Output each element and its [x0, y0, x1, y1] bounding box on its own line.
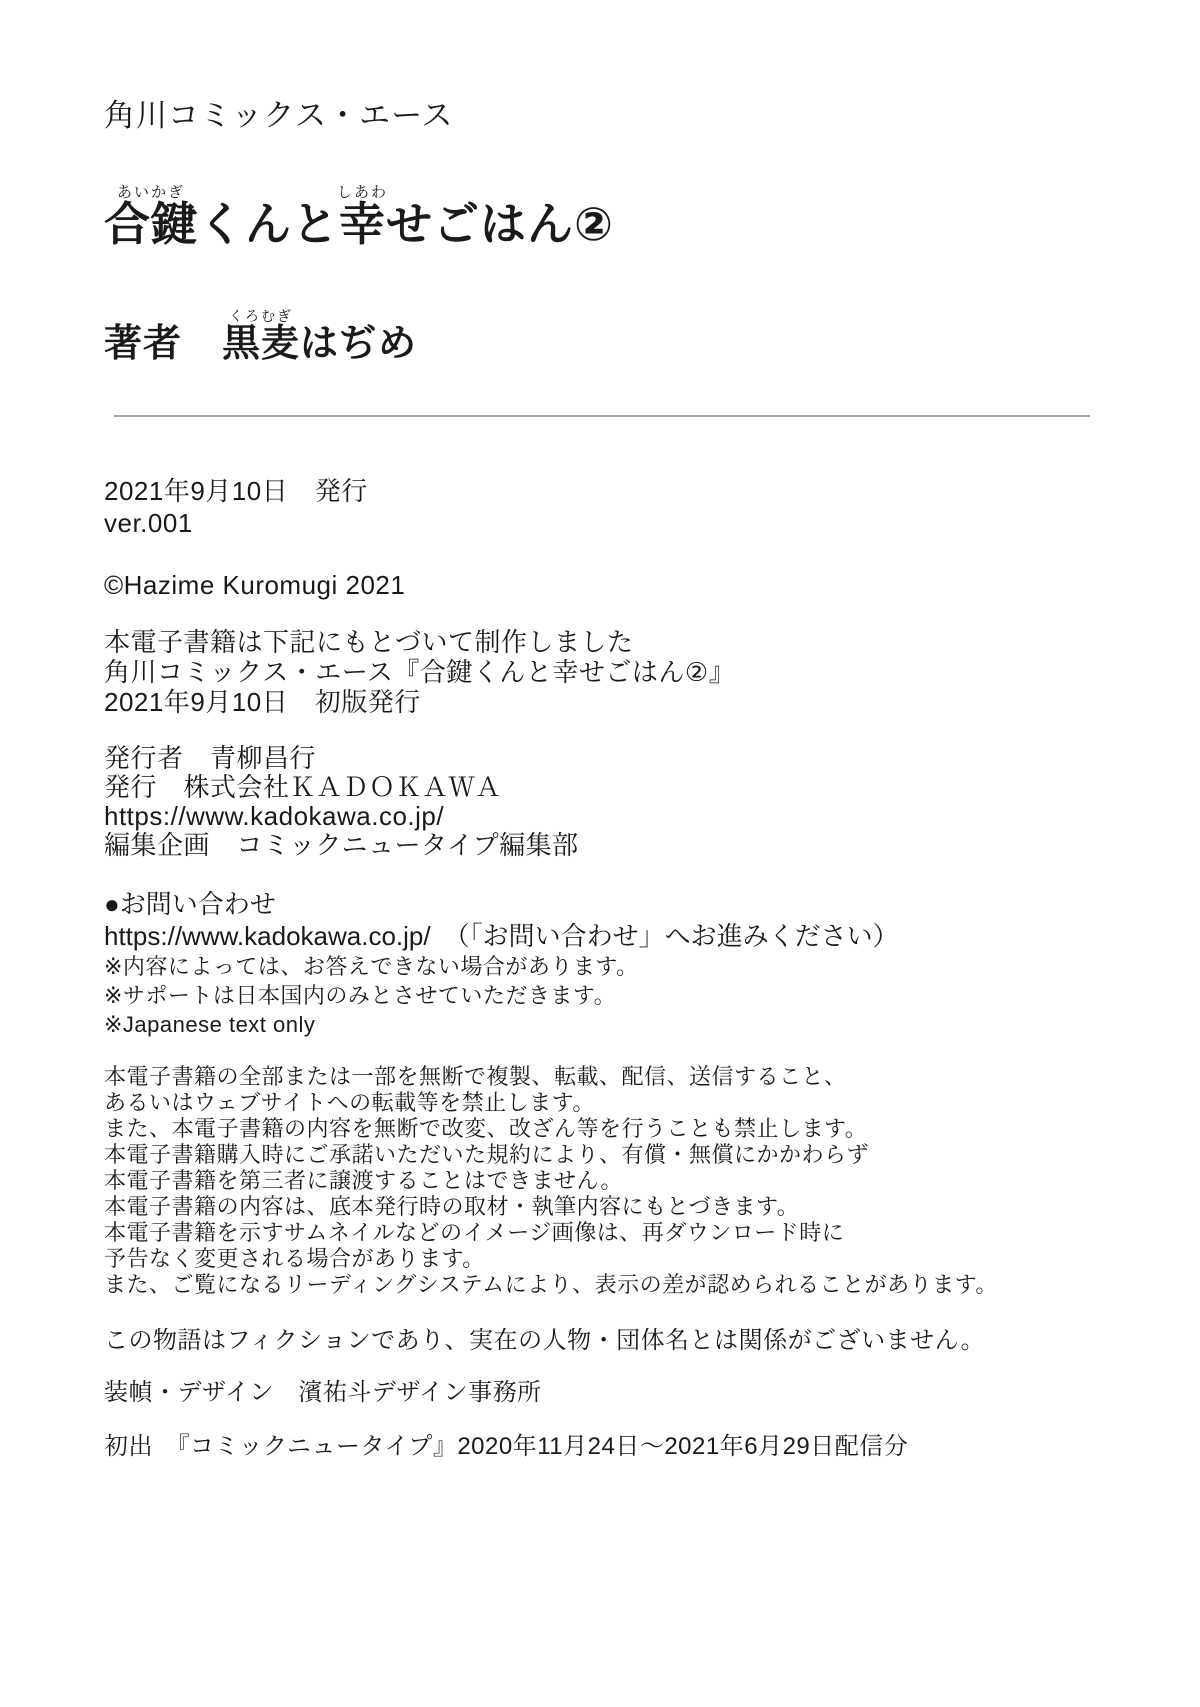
contact-heading: ●お問い合わせ	[104, 888, 1140, 920]
legal-line: 本電子書籍の内容は、底本発行時の取材・執筆内容にもとづきます。	[104, 1194, 1140, 1220]
legal-line: また、ご覧になるリーディングシステムにより、表示の差が認められることがあります。	[104, 1272, 1140, 1298]
author-furigana: くろむぎ	[222, 308, 300, 324]
first-publication: 初出 『コミックニュータイプ』2020年11月24日～2021年6月29日配信分	[104, 1432, 1140, 1462]
title-mid: くんと	[198, 198, 339, 250]
first-edition-line: 2021年9月10日 初版発行	[104, 687, 1140, 717]
legal-line: 本電子書籍を第三者に譲渡することはできません。	[104, 1168, 1140, 1194]
title-base-shiawa: 幸	[337, 198, 388, 250]
contact-url-link[interactable]: https://www.kadokawa.co.jp/ （「お問い合わせ」へお進…	[104, 921, 899, 951]
copyright-block: ©Hazime Kuromugi 2021	[104, 569, 1140, 601]
legal-line: 本電子書籍を示すサムネイルなどのイメージ画像は、再ダウンロード時に	[104, 1220, 1140, 1246]
section-divider	[114, 415, 1090, 417]
fiction-disclaimer: この物語はフィクションであり、実在の人物・団体名とは関係がございません。	[104, 1326, 1140, 1356]
title-ruby-shiawa: 幸しあわ	[339, 198, 386, 250]
contact-note: ※Japanese text only	[104, 1010, 1140, 1039]
legal-notice-block: 本電子書籍の全部または一部を無断で複製、転載、配信、送信すること、 あるいはウェ…	[104, 1064, 1140, 1298]
edition-info: 2021年9月10日 発行 ver.001	[104, 475, 1140, 539]
kadokawa-url-link[interactable]: https://www.kadokawa.co.jp/	[104, 801, 444, 831]
first-publication-block: 初出 『コミックニュータイプ』2020年11月24日～2021年6月29日配信分	[104, 1432, 1140, 1462]
contact-note: ※内容によっては、お答えできない場合があります。	[104, 952, 1140, 981]
publisher-company-line: 発行 株式会社ＫＡＤＯＫＡＷＡ	[104, 773, 1140, 802]
issue-date-line: 2021年9月10日 発行	[104, 475, 1140, 507]
legal-line: 予告なく変更される場合があります。	[104, 1246, 1140, 1272]
author-name-kana: はぢめ	[300, 323, 417, 365]
publisher-block: 発行者 青柳昌行 発行 株式会社ＫＡＤＯＫＡＷＡ https://www.kad…	[104, 744, 1140, 860]
legal-line: あるいはウェブサイトへの転載等を禁止します。	[104, 1090, 1140, 1116]
title-tail: せごはん②	[386, 198, 614, 250]
colophon-page: 角川コミックス・エース 合鍵あいかぎくんと幸しあわせごはん② 著者黒麦くろむぎは…	[0, 0, 1200, 1707]
book-title: 合鍵あいかぎくんと幸しあわせごはん②	[104, 184, 1140, 250]
author-line: 著者黒麦くろむぎはぢめ	[104, 308, 1140, 366]
title-furigana-shiawa: しあわ	[337, 184, 388, 201]
copyright-line: ©Hazime Kuromugi 2021	[104, 569, 1140, 601]
legal-line: 本電子書籍の全部または一部を無断で複製、転載、配信、送信すること、	[104, 1064, 1140, 1090]
contact-block: ●お問い合わせ https://www.kadokawa.co.jp/ （「お問…	[104, 888, 1140, 1039]
title-ruby-aikagi: 合鍵あいかぎ	[104, 198, 198, 250]
fiction-disclaimer-block: この物語はフィクションであり、実在の人物・団体名とは関係がございません。	[104, 1326, 1140, 1356]
title-base-aikagi: 合鍵	[104, 198, 198, 250]
design-credit-block: 装幀・デザイン 濱祐斗デザイン事務所	[104, 1378, 1140, 1408]
title-furigana-aikagi: あいかぎ	[104, 184, 198, 201]
publisher-person-line: 発行者 青柳昌行	[104, 744, 1140, 773]
contact-note: ※サポートは日本国内のみとさせていただきます。	[104, 981, 1140, 1010]
legal-line: また、本電子書籍の内容を無断で改変、改ざん等を行うことも禁止します。	[104, 1116, 1140, 1142]
author-label: 著者	[104, 323, 182, 365]
source-title-line: 角川コミックス・エース『合鍵くんと幸せごはん②』	[104, 657, 1140, 687]
version-line: ver.001	[104, 507, 1140, 539]
design-credit: 装幀・デザイン 濱祐斗デザイン事務所	[104, 1378, 1140, 1408]
source-note-line: 本電子書籍は下記にもとづいて制作しました	[104, 627, 1140, 657]
editorial-line: 編集企画 コミックニュータイプ編集部	[104, 831, 1140, 860]
legal-line: 本電子書籍購入時にご承諾いただいた規約により、有償・無償にかかわらず	[104, 1142, 1140, 1168]
author-ruby: 黒麦くろむぎ	[222, 323, 300, 365]
imprint-label: 角川コミックス・エース	[104, 96, 1140, 136]
author-name-kanji: 黒麦	[222, 323, 300, 365]
source-note-block: 本電子書籍は下記にもとづいて制作しました 角川コミックス・エース『合鍵くんと幸せ…	[104, 627, 1140, 717]
